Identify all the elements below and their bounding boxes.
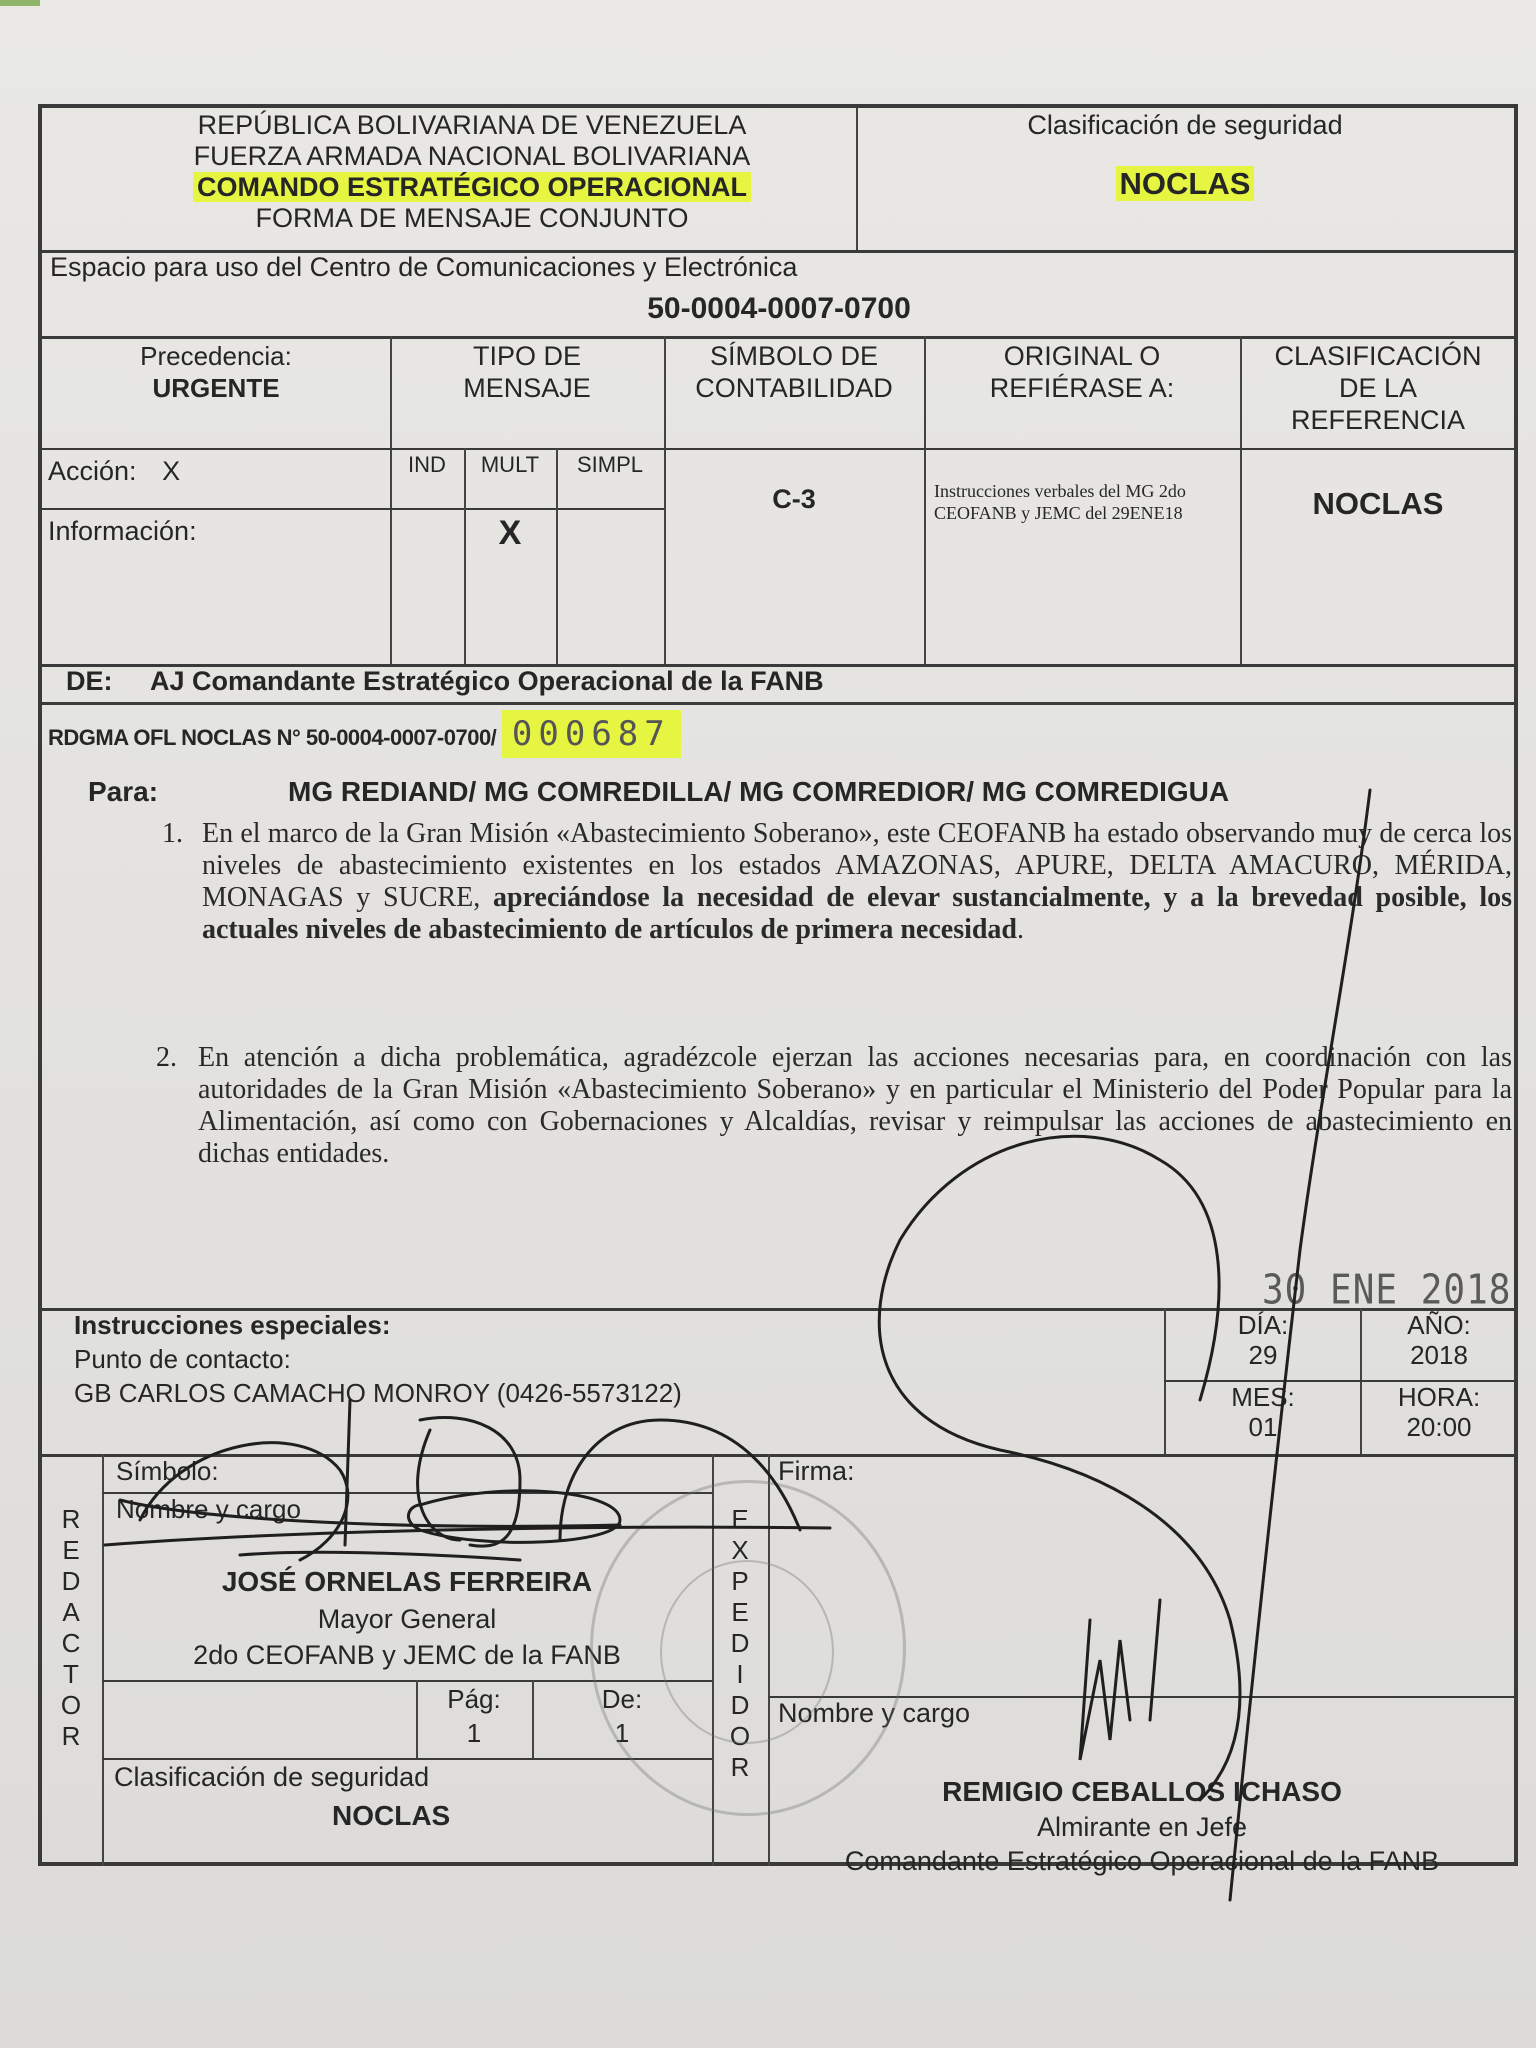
received-date-stamp: 30 ENE 2018 <box>1262 1267 1511 1314</box>
year-cell: AÑO: 2018 <box>1362 1310 1516 1370</box>
reference-prefix: RDGMA OFL NOCLAS N° 50-0004-0007-0700/ <box>48 725 496 750</box>
side-label-letter: E <box>56 1535 86 1566</box>
accounting-symbol-value: C-3 <box>664 484 924 515</box>
reference-class-label: CLASIFICACIÓN DE LA REFERENCIA <box>1240 340 1516 436</box>
redactor-security-value: NOCLAS <box>332 1800 450 1832</box>
side-label-letter: A <box>56 1597 86 1628</box>
side-label-letter: D <box>56 1566 86 1597</box>
hour-label: HORA: <box>1362 1382 1516 1412</box>
redactor-symbol-label: Símbolo: <box>116 1456 219 1487</box>
header-line-1: REPÚBLICA BOLIVARIANA DE VENEZUELA <box>82 110 862 141</box>
reference-stamp-number: 000687 <box>502 710 681 758</box>
reference-line: RDGMA OFL NOCLAS N° 50-0004-0007-0700/ 0… <box>48 714 681 754</box>
day-value: 29 <box>1166 1340 1360 1370</box>
contact-value: GB CARLOS CAMACHO MONROY (0426-5573122) <box>74 1378 682 1409</box>
contact-label: Punto de contacto: <box>74 1344 291 1375</box>
divider <box>42 336 1516 339</box>
type-option-simpl[interactable]: SIMPL <box>556 452 664 478</box>
year-value: 2018 <box>1362 1340 1516 1370</box>
paragraph-1-number: 1. <box>162 818 183 850</box>
month-label: MES: <box>1166 1382 1360 1412</box>
expedidor-rank: Almirante en Jefe <box>768 1812 1516 1843</box>
paragraph-1: En el marco de la Gran Misión «Abastecim… <box>202 818 1512 946</box>
accion-label: Acción: <box>48 456 137 486</box>
paragraph-2-number: 2. <box>156 1042 177 1074</box>
official-seal-inner-ring <box>660 1560 834 1744</box>
side-label-letter: R <box>56 1721 86 1752</box>
special-instructions-title: Instrucciones especiales: <box>74 1310 390 1341</box>
page-value: 1 <box>416 1716 532 1750</box>
form-header: REPÚBLICA BOLIVARIANA DE VENEZUELA FUERZ… <box>82 110 862 234</box>
type-option-mult[interactable]: MULT <box>464 452 556 478</box>
side-label-letter: R <box>56 1504 86 1535</box>
accion-row: Acción: X <box>48 456 180 487</box>
document-page: REPÚBLICA BOLIVARIANA DE VENEZUELA FUERZ… <box>0 0 1536 2048</box>
month-value: 01 <box>1166 1412 1360 1442</box>
day-cell: DÍA: 29 <box>1166 1310 1360 1370</box>
type-mult-mark[interactable]: X <box>464 514 556 553</box>
from-row: DE: AJ Comandante Estratégico Operaciona… <box>66 666 824 697</box>
comms-number: 50-0004-0007-0700 <box>42 292 1516 326</box>
precedence-value: URGENTE <box>42 372 390 404</box>
header-line-4: FORMA DE MENSAJE CONJUNTO <box>82 203 862 234</box>
month-cell: MES: 01 <box>1166 1382 1360 1442</box>
expedidor-name: REMIGIO CEBALLOS ICHASO <box>768 1776 1516 1808</box>
page-label: Pág: <box>416 1682 532 1716</box>
divider <box>464 448 466 666</box>
signature-label: Firma: <box>778 1456 855 1487</box>
redactor-name-label: Nombre y cargo <box>116 1494 301 1525</box>
original-ref-label: ORIGINAL O REFIÉRASE A: <box>924 340 1240 404</box>
accounting-symbol-label: SÍMBOLO DE CONTABILIDAD <box>664 340 924 404</box>
to-value: MG REDIAND/ MG COMREDILLA/ MG COMREDIOR/… <box>288 776 1229 808</box>
comms-label: Espacio para uso del Centro de Comunicac… <box>50 252 797 283</box>
divider <box>856 108 858 250</box>
info-label: Información: <box>48 516 197 547</box>
divider <box>102 1758 712 1760</box>
divider <box>42 448 1516 450</box>
divider <box>556 448 558 666</box>
side-label-letter: O <box>56 1690 86 1721</box>
side-label-letter: C <box>56 1628 86 1659</box>
hour-cell: HORA: 20:00 <box>1362 1382 1516 1442</box>
page-cell: Pág: 1 <box>416 1682 532 1750</box>
from-label: DE: <box>66 666 113 696</box>
security-value: NOCLAS <box>860 166 1510 202</box>
accion-checkbox[interactable]: X <box>162 456 180 486</box>
paragraph-2: En atención a dicha problemática, agradé… <box>198 1042 1512 1170</box>
divider <box>42 508 664 510</box>
hour-value: 20:00 <box>1362 1412 1516 1442</box>
paragraph-1-end: . <box>1017 914 1024 945</box>
divider <box>42 702 1516 705</box>
redactor-security-label: Clasificación de seguridad <box>114 1762 429 1793</box>
type-option-ind[interactable]: IND <box>390 452 464 478</box>
precedence-label: Precedencia: <box>42 340 390 372</box>
reference-class-value: NOCLAS <box>1240 486 1516 522</box>
security-label: Clasificación de seguridad <box>860 110 1510 141</box>
expedidor-position: Comandante Estratégico Operacional de la… <box>768 1846 1516 1877</box>
original-ref-value: Instrucciones verbales del MG 2do CEOFAN… <box>934 480 1234 524</box>
year-label: AÑO: <box>1362 1310 1516 1340</box>
header-line-2: FUERZA ARMADA NACIONAL BOLIVARIANA <box>82 141 862 172</box>
to-label: Para: <box>88 776 158 808</box>
background-edge <box>0 0 40 6</box>
day-label: DÍA: <box>1166 1310 1360 1340</box>
redactor-side-label: REDACTOR <box>56 1504 86 1752</box>
precedence-cell: Precedencia: URGENTE <box>42 340 390 404</box>
side-label-letter: T <box>56 1659 86 1690</box>
from-value: AJ Comandante Estratégico Operacional de… <box>150 666 824 696</box>
header-line-3: COMANDO ESTRATÉGICO OPERACIONAL <box>82 172 862 203</box>
message-type-label: TIPO DE MENSAJE <box>390 340 664 404</box>
